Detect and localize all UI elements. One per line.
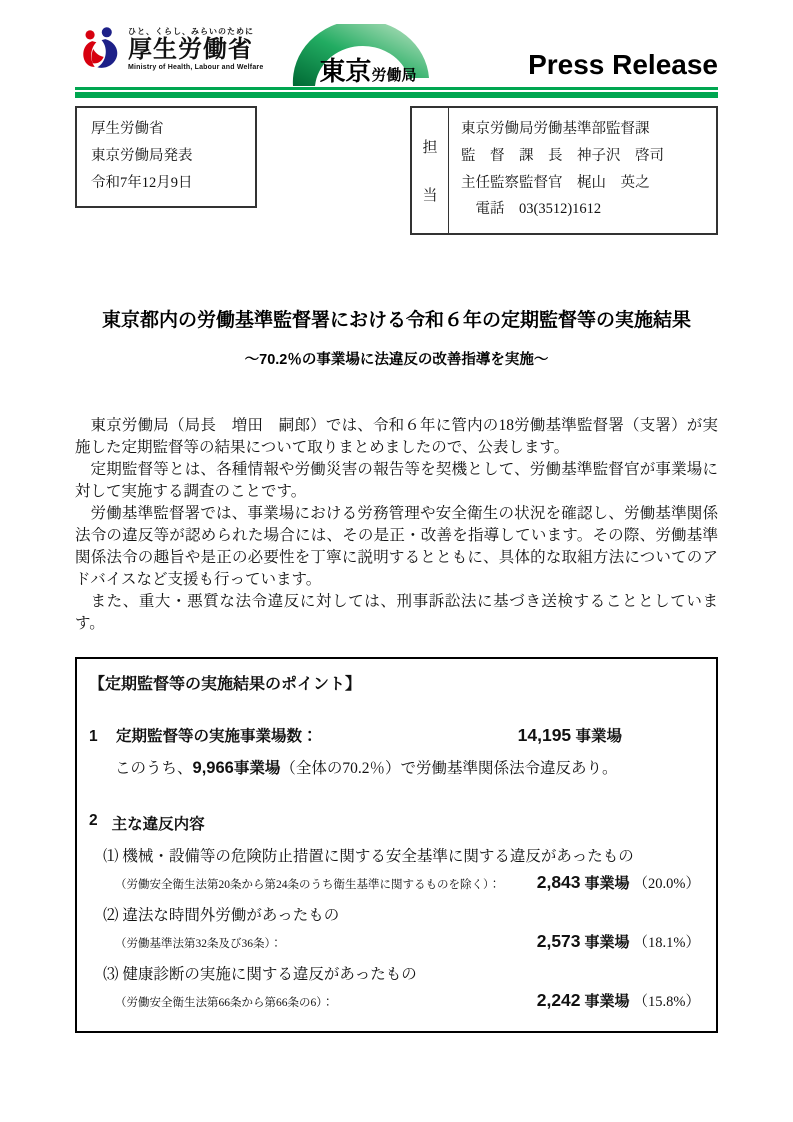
point-1-row: 1 定期監督等の実施事業場数： 14,195 事業場 bbox=[89, 724, 700, 746]
point-1-label: 1 定期監督等の実施事業場数： bbox=[89, 724, 518, 746]
contact-lines: 東京労働局労働基準部監督課 監 督 課 長 神子沢 啓司 主任監察監督官 梶山 … bbox=[449, 108, 674, 233]
body-paragraph-4: また、重大・悪質な法令違反に対しては、刑事訴訟法に基づき送検することとしています… bbox=[75, 591, 718, 635]
violation-2-detail: （労働基準法第32条及び36条）： 2,573事業場（18.1%） bbox=[115, 931, 700, 952]
violation-item: ⑶ 健康診断の実施に関する違反があったもの （労働安全衛生法第66条から第66条… bbox=[89, 962, 700, 1011]
point-2-number: 2 bbox=[89, 812, 98, 834]
violation-2-desc: ⑵ 違法な時間外労働があったもの bbox=[103, 903, 700, 925]
contact-box: 担 当 東京労働局労働基準部監督課 監 督 課 長 神子沢 啓司 主任監察監督官… bbox=[410, 106, 718, 235]
issuer-contact-row: 厚生労働省 東京労働局発表 令和7年12月9日 担 当 東京労働局労働基準部監督… bbox=[75, 106, 718, 235]
green-rule bbox=[75, 87, 718, 98]
violation-1-legal: （労働安全衛生法第20条から第24条のうち衛生基準に関するものを除く）： bbox=[115, 876, 500, 892]
contact-division: 東京労働局労働基準部監督課 bbox=[461, 116, 664, 143]
issuer-org: 厚生労働省 bbox=[91, 116, 241, 143]
point-2-text: 主な違反内容 bbox=[112, 812, 205, 834]
violation-3-value: 2,242事業場（15.8%） bbox=[537, 990, 700, 1011]
green-rule-thick bbox=[75, 92, 718, 98]
header: ひと、くらし、みらいのために 厚生労働省 Ministry of Health,… bbox=[75, 0, 718, 87]
violation-1-desc: ⑴ 機械・設備等の危険防止措置に関する安全基準に関する違反があったもの bbox=[103, 844, 700, 866]
point-1-text: 定期監督等の実施事業場数： bbox=[116, 728, 318, 745]
points-heading: 【定期監督等の実施結果のポイント】 bbox=[89, 671, 700, 694]
point-1-sub-paren: （全体の70.2％） bbox=[280, 760, 400, 777]
violation-3-no: ⑶ bbox=[103, 966, 119, 983]
violation-1-pct: （20.0%） bbox=[634, 876, 700, 892]
body-paragraph-1: 東京労働局（局長 増田 嗣郎）では、令和６年に管内の18労働基準監督署（支署）が… bbox=[75, 415, 718, 459]
issuer-date: 令和7年12月9日 bbox=[91, 170, 241, 197]
point-1-sub-tail: で労働基準関係法令違反あり。 bbox=[400, 760, 617, 777]
point-1-sub-unit: 事業場 bbox=[234, 760, 281, 777]
tokyo-logo-sub: 労働局 bbox=[371, 67, 416, 84]
body-paragraph-2: 定期監督等とは、各種情報や労働災害の報告等を契機として、労働基準監督官が事業場に… bbox=[75, 459, 718, 503]
violation-2-text: 違法な時間外労働があったもの bbox=[122, 907, 339, 924]
tokyo-logo-text: 東京労働局 bbox=[319, 51, 416, 88]
contact-label-bottom: 当 bbox=[422, 184, 437, 205]
points-box: 【定期監督等の実施結果のポイント】 1 定期監督等の実施事業場数： 14,195… bbox=[75, 657, 718, 1033]
contact-label-top: 担 bbox=[422, 136, 437, 157]
issuer-bureau: 東京労働局発表 bbox=[91, 143, 241, 170]
contact-phone: 電話 03(3512)1612 bbox=[461, 196, 664, 223]
point-1-sub-count: 9,966 bbox=[193, 759, 234, 777]
violation-3-pct: （15.8%） bbox=[634, 994, 700, 1010]
contact-person-1: 監 督 課 長 神子沢 啓司 bbox=[461, 143, 664, 170]
mhlw-name-en: Ministry of Health, Labour and Welfare bbox=[128, 64, 263, 71]
violation-1-unit: 事業場 bbox=[585, 875, 630, 892]
mhlw-name: 厚生労働省 bbox=[128, 38, 263, 62]
point-2-heading: 2 主な違反内容 bbox=[89, 812, 700, 834]
violation-3-unit: 事業場 bbox=[585, 993, 630, 1010]
violation-2-no: ⑵ bbox=[103, 907, 119, 924]
issuer-box: 厚生労働省 東京労働局発表 令和7年12月9日 bbox=[75, 106, 257, 208]
violation-3-count: 2,242 bbox=[537, 990, 581, 1010]
tokyo-labour-bureau-logo: 東京労働局 bbox=[291, 26, 436, 88]
mhlw-logo: ひと、くらし、みらいのために 厚生労働省 Ministry of Health,… bbox=[78, 26, 263, 72]
violation-item: ⑴ 機械・設備等の危険防止措置に関する安全基準に関する違反があったもの （労働安… bbox=[89, 844, 700, 893]
body-text: 東京労働局（局長 増田 嗣郎）では、令和６年に管内の18労働基準監督署（支署）が… bbox=[75, 415, 718, 635]
mhlw-logo-icon bbox=[78, 26, 122, 72]
point-1-number: 1 bbox=[89, 728, 98, 745]
mhlw-logo-text: ひと、くらし、みらいのために 厚生労働省 Ministry of Health,… bbox=[128, 28, 263, 71]
violation-item: ⑵ 違法な時間外労働があったもの （労働基準法第32条及び36条）： 2,573… bbox=[89, 903, 700, 952]
violation-1-text: 機械・設備等の危険防止措置に関する安全基準に関する違反があったもの bbox=[122, 848, 633, 865]
violation-3-text: 健康診断の実施に関する違反があったもの bbox=[122, 966, 416, 983]
point-1-count: 14,195 bbox=[518, 725, 572, 745]
press-release-page: ひと、くらし、みらいのために 厚生労働省 Ministry of Health,… bbox=[0, 0, 793, 1122]
violation-2-legal: （労働基準法第32条及び36条）： bbox=[115, 935, 282, 951]
document-subtitle: ～70.2％の事業場に法違反の改善指導を実施～ bbox=[75, 348, 718, 369]
contact-person-2: 主任監察監督官 梶山 英之 bbox=[461, 170, 664, 197]
point-1-unit: 事業場 bbox=[575, 728, 622, 745]
document-title: 東京都内の労働基準監督署における令和６年の定期監督等の実施結果 bbox=[75, 305, 718, 332]
press-release-title: Press Release bbox=[528, 49, 718, 81]
point-1-subline: このうち、9,966事業場（全体の70.2％）で労働基準関係法令違反あり。 bbox=[115, 756, 700, 778]
violation-3-detail: （労働安全衛生法第66条から第66条の6）： 2,242事業場（15.8%） bbox=[115, 990, 700, 1011]
point-1-value: 14,195 事業場 bbox=[518, 724, 622, 746]
violation-1-no: ⑴ bbox=[103, 848, 119, 865]
violation-2-value: 2,573事業場（18.1%） bbox=[537, 931, 700, 952]
point-1-sub-prefix: このうち、 bbox=[115, 760, 193, 777]
violation-3-desc: ⑶ 健康診断の実施に関する違反があったもの bbox=[103, 962, 700, 984]
violation-2-count: 2,573 bbox=[537, 931, 581, 951]
body-paragraph-3: 労働基準監督署では、事業場における労務管理や安全衛生の状況を確認し、労働基準関係… bbox=[75, 503, 718, 591]
violation-2-pct: （18.1%） bbox=[634, 935, 700, 951]
violation-1-detail: （労働安全衛生法第20条から第24条のうち衛生基準に関するものを除く）： 2,8… bbox=[115, 872, 700, 893]
contact-label: 担 当 bbox=[412, 108, 449, 233]
header-logos: ひと、くらし、みらいのために 厚生労働省 Ministry of Health,… bbox=[78, 26, 436, 88]
mhlw-tagline: ひと、くらし、みらいのために bbox=[128, 28, 263, 36]
tokyo-logo-main: 東京 bbox=[319, 56, 371, 86]
violation-3-legal: （労働安全衛生法第66条から第66条の6）： bbox=[115, 994, 334, 1010]
violation-1-count: 2,843 bbox=[537, 872, 581, 892]
violation-1-value: 2,843事業場（20.0%） bbox=[537, 872, 700, 893]
violation-2-unit: 事業場 bbox=[585, 934, 630, 951]
